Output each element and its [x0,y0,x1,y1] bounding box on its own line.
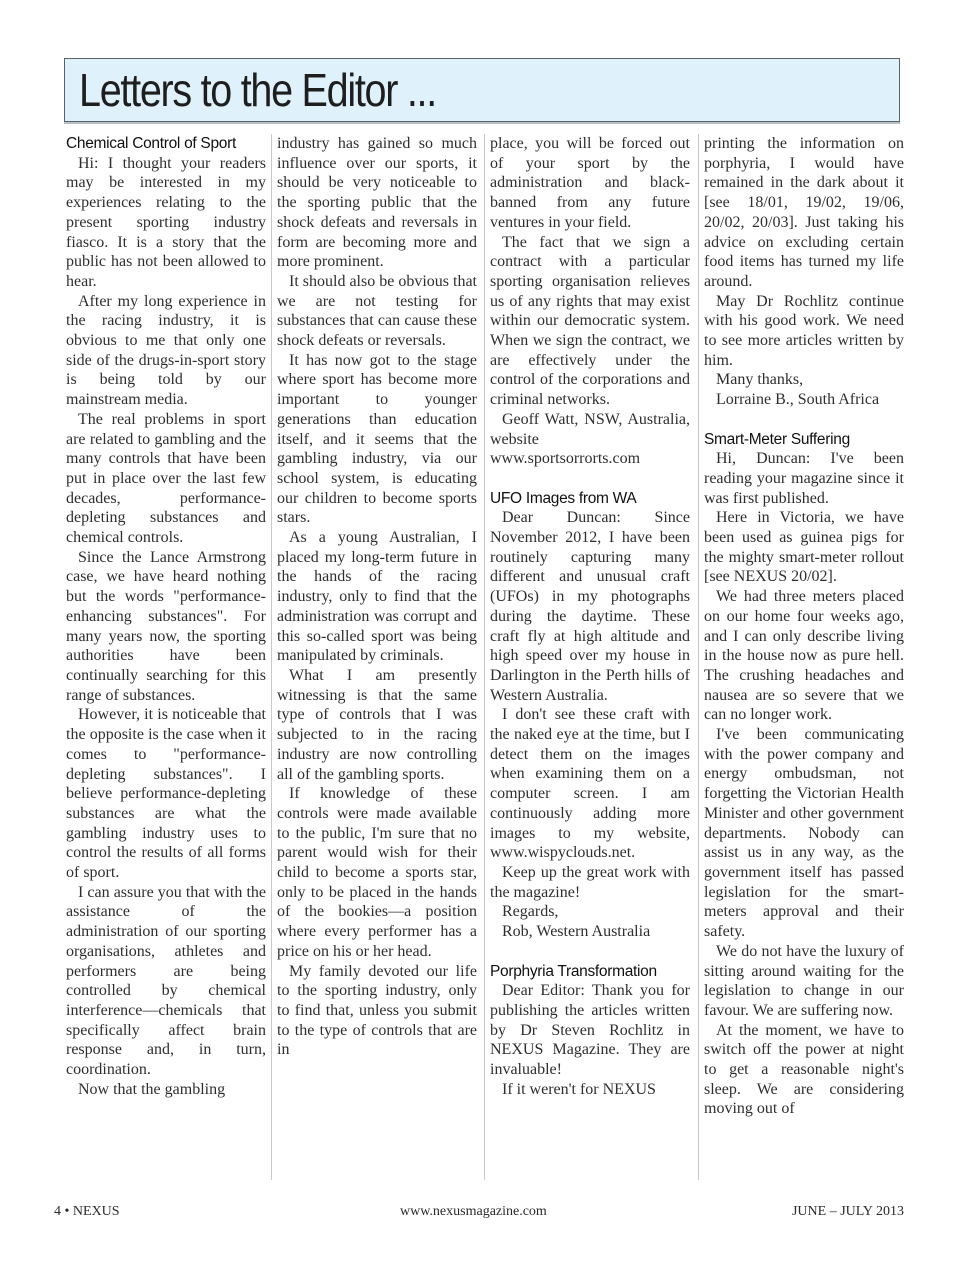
letter-paragraph: industry has gained so much influence ov… [277,134,477,272]
letter-paragraph: The real problems in sport are related t… [66,410,266,548]
letter-paragraph: As a young Australian, I placed my long-… [277,528,477,666]
letter-heading: UFO Images from WA [490,489,690,509]
letter-paragraph: Dear Editor: Thank you for publishing th… [490,981,690,1080]
letter-paragraph: If knowledge of these controls were made… [277,784,477,961]
letter-paragraph: It should also be obvious that we are no… [277,272,477,351]
letter-paragraph: I've been communicating with the power c… [704,725,904,942]
letter-paragraph: Since the Lance Armstrong case, we have … [66,548,266,706]
column-3: place, you will be forced out of your sp… [490,134,690,1180]
letter-heading: Chemical Control of Sport [66,134,266,154]
section-header: Letters to the Editor ... [64,58,900,122]
letter-paragraph: My family devoted our life to the sporti… [277,962,477,1061]
letter-paragraph: At the moment, we have to switch off the… [704,1021,904,1120]
letter-paragraph: We do not have the luxury of sitting aro… [704,942,904,1021]
letter-paragraph: However, it is noticeable that the oppos… [66,705,266,882]
letter-heading: Porphyria Transformation [490,962,690,982]
letter-paragraph: What I am presently witnessing is that t… [277,666,477,784]
letter-paragraph: Keep up the great work with the magazine… [490,863,690,902]
column-1: Chemical Control of Sport Hi: I thought … [66,134,266,1180]
column-2: industry has gained so much influence ov… [277,134,477,1180]
letter-paragraph: Hi, Duncan: I've been reading your magaz… [704,449,904,508]
page-title: Letters to the Editor ... [79,63,436,117]
letter-closing: Regards, [490,902,690,922]
letter-paragraph: After my long experience in the racing i… [66,292,266,410]
letter-heading: Smart-Meter Suffering [704,430,904,450]
letter-signature: Lorraine B., South Africa [704,390,904,410]
letter-paragraph: It has now got to the stage where sport … [277,351,477,528]
letter-closing: Many thanks, [704,370,904,390]
letter-signature: Rob, Western Australia [490,922,690,942]
letter-paragraph: I don't see these craft with the naked e… [490,705,690,863]
letter-paragraph: Hi: I thought your readers may be intere… [66,154,266,292]
column-rule [484,134,485,1180]
letter-paragraph: Dear Duncan: Since November 2012, I have… [490,508,690,705]
letter-paragraph: printing the information on porphyria, I… [704,134,904,292]
letter-paragraph: We had three meters placed on our home f… [704,587,904,725]
letter-paragraph: May Dr Rochlitz continue with his good w… [704,292,904,371]
column-rule [271,134,272,1180]
page-number: 4 • NEXUS [54,1204,120,1220]
issue-date: JUNE – JULY 2013 [792,1204,904,1220]
letter-paragraph: place, you will be forced out of your sp… [490,134,690,233]
letter-paragraph: Now that the gambling [66,1080,266,1100]
letter-signature: Geoff Watt, NSW, Australia, website www.… [490,410,690,469]
letters-columns: Chemical Control of Sport Hi: I thought … [66,134,906,1180]
page-footer: 4 • NEXUS www.nexusmagazine.com JUNE – J… [0,1204,968,1224]
letter-paragraph: Here in Victoria, we have been used as g… [704,508,904,587]
letter-paragraph: I can assure you that with the assistanc… [66,883,266,1080]
column-rule [698,134,699,1180]
letter-paragraph: If it weren't for NEXUS [490,1080,690,1100]
column-4: printing the information on porphyria, I… [704,134,904,1180]
footer-website: www.nexusmagazine.com [400,1204,547,1220]
letter-paragraph: The fact that we sign a contract with a … [490,233,690,410]
